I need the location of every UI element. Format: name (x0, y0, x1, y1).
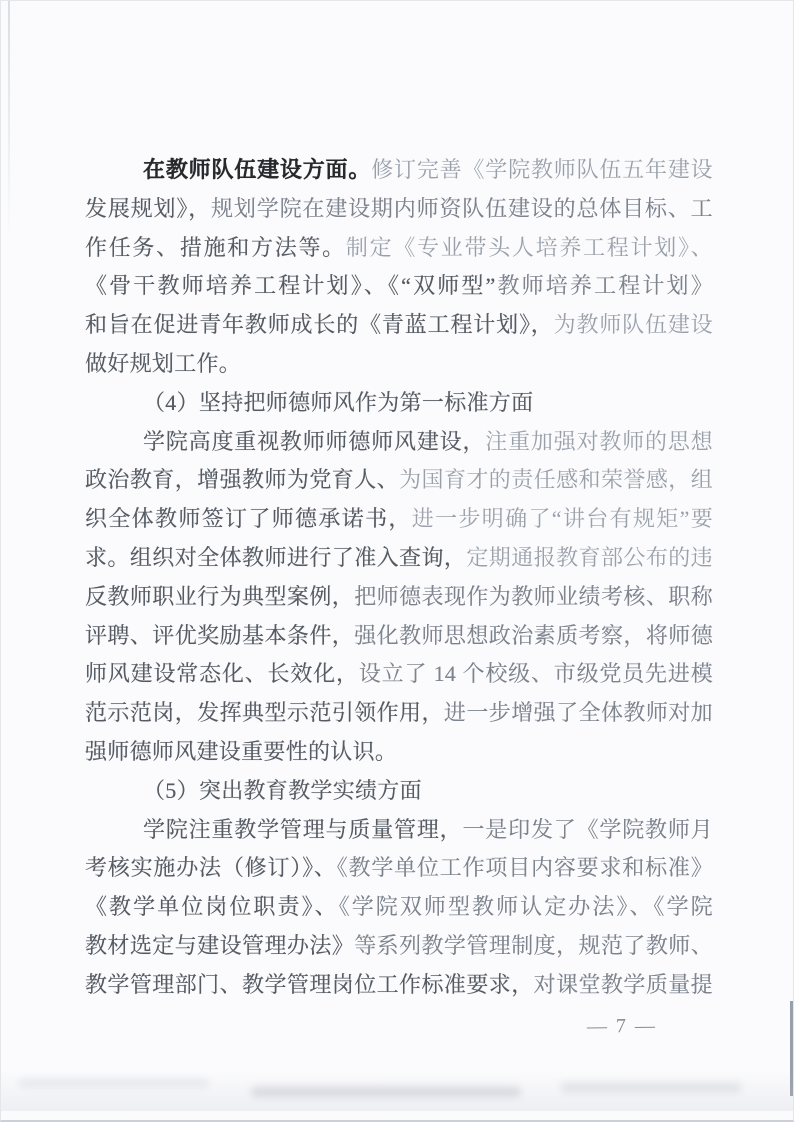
text-line: 和旨在促进青年教师成长的《青蓝工程计划》，为教师队伍建设 (85, 306, 713, 345)
text-segment: 教材选定与建设管理办法》 (85, 933, 354, 958)
text-segment: 修订完善《学院教师队伍五年建设 (371, 157, 713, 182)
text-segment: 评聘、评优奖励基本条件， (85, 623, 354, 648)
text-segment: 进一步增强了全体教师对加 (444, 700, 713, 725)
text-segment: 设立了 14 个校级、市级党员先进模 (359, 661, 713, 686)
text-segment: 定期通报教育部公布的违 (466, 545, 713, 570)
text-line: （4）坚持把师德师风作为第一标准方面 (85, 384, 713, 423)
text-line: 反教师职业行为典型案例，把师德表现作为教师业绩考核、职称 (85, 578, 713, 617)
text-segment: 《教学单位工作项目内容要求和标准》 (337, 855, 713, 880)
document-text-block: 在教师队伍建设方面。修订完善《学院教师队伍五年建设发展规划》，规划学院在建设期内… (85, 151, 713, 1005)
text-segment: 制定《专业带头人培养工程计划》、 (346, 235, 713, 260)
scan-edge-artifact-left (8, 1, 10, 241)
text-line: 范示范岗，发挥典型示范引领作用，进一步增强了全体教师对加 (85, 694, 713, 733)
text-segment: 《骨干教师培养工程计划》、《“双师型” (85, 273, 496, 298)
text-segment: 教师培养工程计划》 (496, 273, 713, 298)
text-segment: 和旨在促进青年教师成长的《青蓝工程计划》， (85, 312, 554, 337)
text-segment: 为国育才的责任感和荣誉感，组 (399, 467, 713, 492)
text-segment: 织全体教师签订了师德承诺书， (85, 506, 412, 531)
text-segment: 等系列教学管理制度，规范了教师、 (354, 933, 713, 958)
text-segment: 作任务、措施和方法等。 (85, 235, 346, 260)
page-number: — 7 — (587, 1014, 697, 1038)
text-segment: 反教师职业行为典型案例， (85, 584, 354, 609)
text-line: 师风建设常态化、长效化，设立了 14 个校级、市级党员先进模 (85, 655, 713, 694)
text-line: 织全体教师签订了师德承诺书，进一步明确了“讲台有规矩”要 (85, 500, 713, 539)
text-segment: 进一步明确了“讲台有规矩”要 (412, 506, 713, 531)
scanned-document-page: 在教师队伍建设方面。修订完善《学院教师队伍五年建设发展规划》，规划学院在建设期内… (0, 0, 794, 1122)
text-segment: 强化教师思想政治素质考察，将师德 (354, 623, 713, 648)
scan-smudge (251, 1087, 521, 1097)
text-segment: 注重加强对教师的思想 (485, 429, 713, 454)
text-segment: 教学管理部门、教学管理岗位工作标准要求， (85, 972, 534, 997)
text-segment: （4）坚持把师德师风作为第一标准方面 (143, 390, 533, 415)
text-line: 教学管理部门、教学管理岗位工作标准要求，对课堂教学质量提 (85, 966, 713, 1005)
text-segment: 发展规划》， (85, 196, 211, 221)
text-line: （5）突出教育教学实绩方面 (85, 772, 713, 811)
text-line: 教材选定与建设管理办法》等系列教学管理制度，规范了教师、 (85, 927, 713, 966)
text-segment: 政治教育，增强教师为党育人、 (85, 467, 399, 492)
text-line: 《教学单位岗位职责》、《学院双师型教师认定办法》、《学院 (85, 888, 713, 927)
text-segment: 考核实施办法（修订）》、 (85, 855, 337, 880)
scan-smudge (561, 1083, 741, 1092)
text-segment: 师风建设常态化、长效化， (85, 661, 359, 686)
text-segment: 《学院双师型教师认定办法》、《学院 (339, 894, 713, 919)
text-segment: 学院注重教学管理与质量管理， (143, 817, 462, 842)
text-segment: 求。组织对全体教师进行了准入查询， (85, 545, 466, 570)
text-line: 发展规划》，规划学院在建设期内师资队伍建设的总体目标、工 (85, 190, 713, 229)
text-line: 作任务、措施和方法等。制定《专业带头人培养工程计划》、 (85, 229, 713, 268)
scan-smudge (19, 1079, 209, 1087)
text-line: 学院注重教学管理与质量管理，一是印发了《学院教师月 (85, 811, 713, 850)
text-line: 求。组织对全体教师进行了准入查询，定期通报教育部公布的违 (85, 539, 713, 578)
text-segment: 一是印发了《学院教师月 (462, 817, 713, 842)
text-line: 在教师队伍建设方面。修订完善《学院教师队伍五年建设 (85, 151, 713, 190)
text-line: 《骨干教师培养工程计划》、《“双师型”教师培养工程计划》 (85, 267, 713, 306)
text-segment: 为教师队伍建设 (554, 312, 713, 337)
text-line: 评聘、评优奖励基本条件，强化教师思想政治素质考察，将师德 (85, 617, 713, 656)
text-segment: 强师德师风建设重要性的认识。 (85, 739, 397, 764)
text-segment: 规划学院在建设期内师资队伍建设的总体目标、工 (211, 196, 713, 221)
text-segment: 学院高度重视教师师德师风建设， (143, 429, 485, 454)
text-line: 考核实施办法（修订）》、《教学单位工作项目内容要求和标准》 (85, 849, 713, 888)
text-line: 强师德师风建设重要性的认识。 (85, 733, 713, 772)
text-segment: 把师德表现作为教师业绩考核、职称 (354, 584, 713, 609)
text-line: 学院高度重视教师师德师风建设，注重加强对教师的思想 (85, 423, 713, 462)
text-segment: 《教学单位岗位职责》、 (85, 894, 339, 919)
text-segment: 做好规划工作。 (85, 351, 241, 376)
text-segment: 在教师队伍建设方面。 (143, 157, 371, 182)
text-line: 做好规划工作。 (85, 345, 713, 384)
text-line: 政治教育，增强教师为党育人、为国育才的责任感和荣誉感，组 (85, 461, 713, 500)
text-segment: 对课堂教学质量提 (534, 972, 713, 997)
text-segment: 范示范岗，发挥典型示范引领作用， (85, 700, 444, 725)
text-segment: （5）突出教育教学实绩方面 (143, 778, 422, 803)
